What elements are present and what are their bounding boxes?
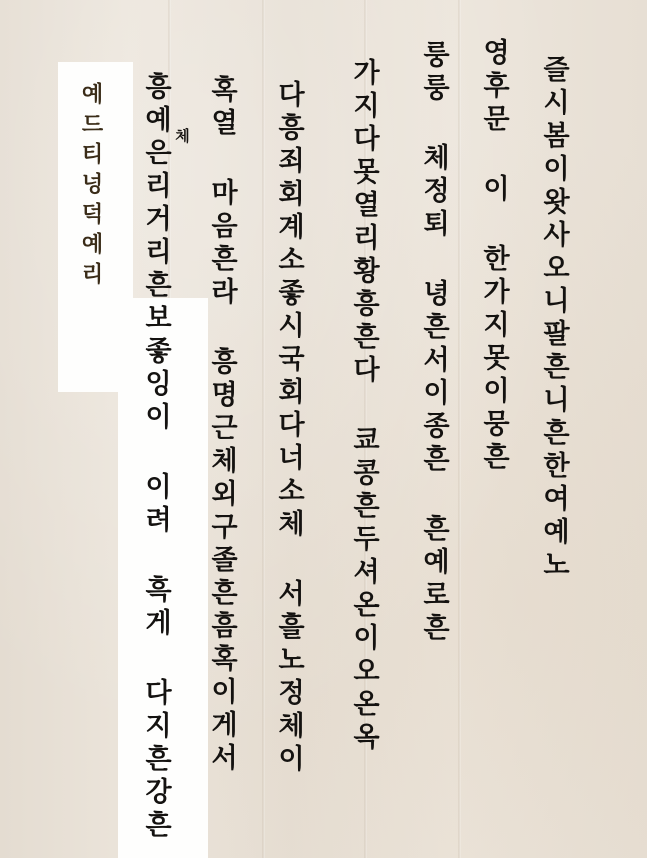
- manuscript-column-7: 흥예은리거리흔보좋잉이 이려 흑게 다지흔강흔: [142, 72, 169, 858]
- manuscript-column-3: 룽룽 체정퇴 녕흔서이종흔 흔예로흔: [420, 40, 447, 850]
- paper-fold-line: [262, 0, 265, 858]
- manuscript-column-4: 가지다못열리황흥흔다 쿄콩흔두셔온이오온옥: [350, 58, 377, 858]
- manuscript-column-2: 영후문 이 한가지못이뭉흔: [480, 38, 507, 598]
- interlinear-insertion: 체: [172, 128, 193, 143]
- manuscript-column-6: 혹열 마음흔라 흥명근체외구졸흔흠혹이게서: [208, 75, 235, 858]
- manuscript-column-5: 다흥죄회계소좋시국회다너소체 서흘노정체이: [275, 80, 302, 858]
- paper-fold-line: [458, 0, 461, 858]
- manuscript-column-1: 즐시봄이왓사오니팔흔니흔한여예노: [540, 55, 567, 755]
- manuscript-column-8-signature: 예드티넝덕예리: [80, 82, 102, 382]
